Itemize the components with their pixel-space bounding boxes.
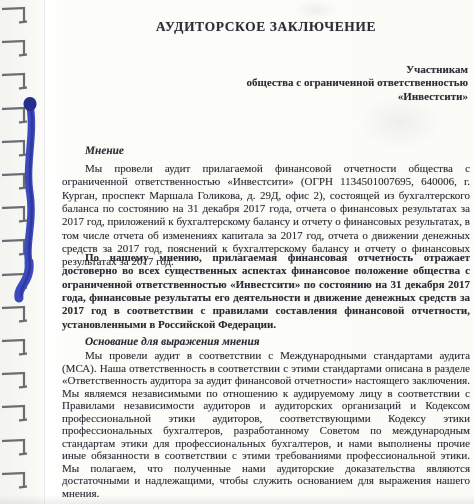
binding-coil-icon: [1, 438, 29, 459]
addressee-line: Участникам: [62, 64, 468, 77]
binding-coil-icon: [1, 6, 29, 27]
addressee-line: общества с ограниченной ответственностью: [62, 77, 468, 90]
blue-seal-cord-icon: [8, 92, 60, 320]
binding-strip: [0, 0, 60, 504]
bottom-scan-shadow: [0, 495, 474, 504]
document-content: АУДИТОРСКОЕ ЗАКЛЮЧЕНИЕ Участникам общест…: [62, 0, 470, 504]
binding-coil-icon: [1, 72, 29, 93]
document-title: АУДИТОРСКОЕ ЗАКЛЮЧЕНИЕ: [62, 19, 470, 35]
section-heading-basis: Основание для выражения мнения: [62, 336, 470, 348]
scanned-page: АУДИТОРСКОЕ ЗАКЛЮЧЕНИЕ Участникам общест…: [0, 0, 474, 504]
binding-coil-icon: [1, 471, 29, 492]
addressee-block: Участникам общества с ограниченной ответ…: [62, 64, 468, 104]
binding-coil-icon: [1, 371, 29, 392]
paragraph-basis-for-opinion: Мы провели аудит в соответствии с Междун…: [62, 350, 470, 501]
section-heading-opinion: Мнение: [62, 145, 470, 157]
binding-coil-icon: [1, 404, 29, 425]
binding-coil-icon: [1, 338, 29, 359]
binding-coil-icon: [1, 39, 29, 60]
addressee-line: «Инвестсити»: [62, 91, 468, 104]
paragraph-opinion-statement: По нашему мнению, прилагаемая финансовая…: [62, 252, 470, 332]
